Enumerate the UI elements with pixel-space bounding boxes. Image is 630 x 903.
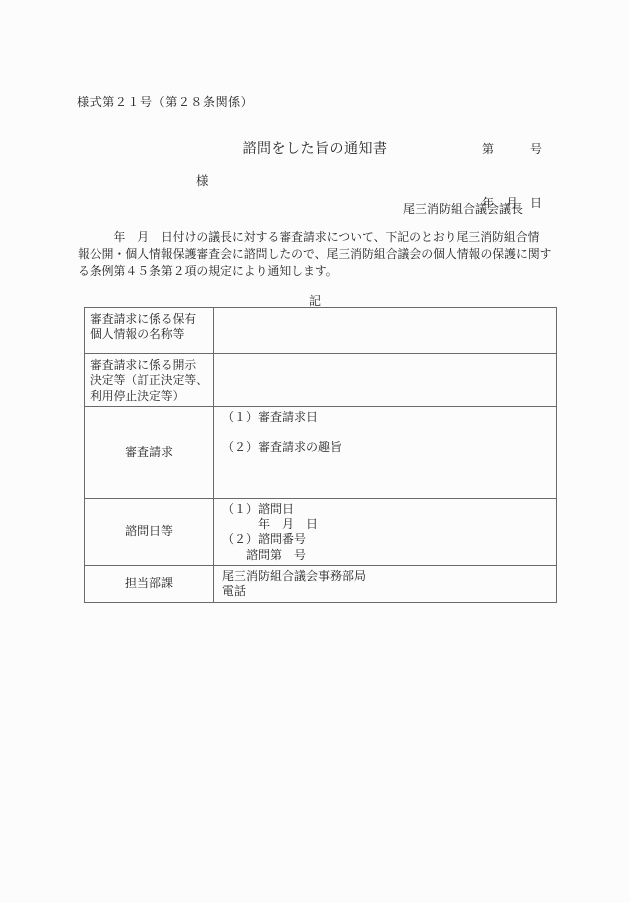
page-title: 諮問をした旨の通知書 bbox=[0, 138, 630, 158]
row-label-referral-date: 諮問日等 bbox=[85, 498, 214, 565]
doc-number-block: 第 号 年 月 日 bbox=[482, 104, 542, 248]
row-value-disclosure-decision bbox=[214, 354, 557, 407]
row-label-disclosure-decision: 審査請求に係る開示 決定等（訂正決定等、 利用停止決定等） bbox=[85, 354, 214, 407]
table-row-personal-info: 審査請求に係る保有 個人情報の名称等 bbox=[85, 308, 557, 354]
row-label-review-request: 審査請求 bbox=[85, 406, 214, 498]
row-value-referral-date: （１）諮問日 年 月 日 （２）諮問番号 諮問第 号 bbox=[214, 498, 557, 565]
row-value-personal-info bbox=[214, 308, 557, 354]
form-number: 様式第２１号（第２８条関係） bbox=[77, 93, 253, 110]
table-row-review-request: 審査請求 （１）審査請求日 （２）審査請求の趣旨 bbox=[85, 406, 557, 498]
row-label-personal-info: 審査請求に係る保有 個人情報の名称等 bbox=[85, 308, 214, 354]
table-row-referral-date: 諮問日等 （１）諮問日 年 月 日 （２）諮問番号 諮問第 号 bbox=[85, 498, 557, 565]
form-table: 審査請求に係る保有 個人情報の名称等 審査請求に係る開示 決定等（訂正決定等、 … bbox=[84, 307, 557, 603]
table-row-department: 担当部課 尾三消防組合議会事務部局 電話 bbox=[85, 566, 557, 603]
table-row-disclosure-decision: 審査請求に係る開示 決定等（訂正決定等、 利用停止決定等） bbox=[85, 354, 557, 407]
row-value-review-request: （１）審査請求日 （２）審査請求の趣旨 bbox=[214, 406, 557, 498]
row-value-department: 尾三消防組合議会事務部局 電話 bbox=[214, 566, 557, 603]
body-paragraph: 年 月 日付けの議長に対する審査請求について、下記のとおり尾三消防組合情 報公開… bbox=[78, 229, 564, 281]
recipient-honorific: 様 bbox=[196, 171, 209, 189]
row-label-department: 担当部課 bbox=[85, 566, 214, 603]
document-page: 様式第２１号（第２８条関係） 第 号 年 月 日 諮問をした旨の通知書 様 尾三… bbox=[0, 0, 630, 903]
sender-name: 尾三消防組合議会議長 bbox=[403, 200, 523, 217]
